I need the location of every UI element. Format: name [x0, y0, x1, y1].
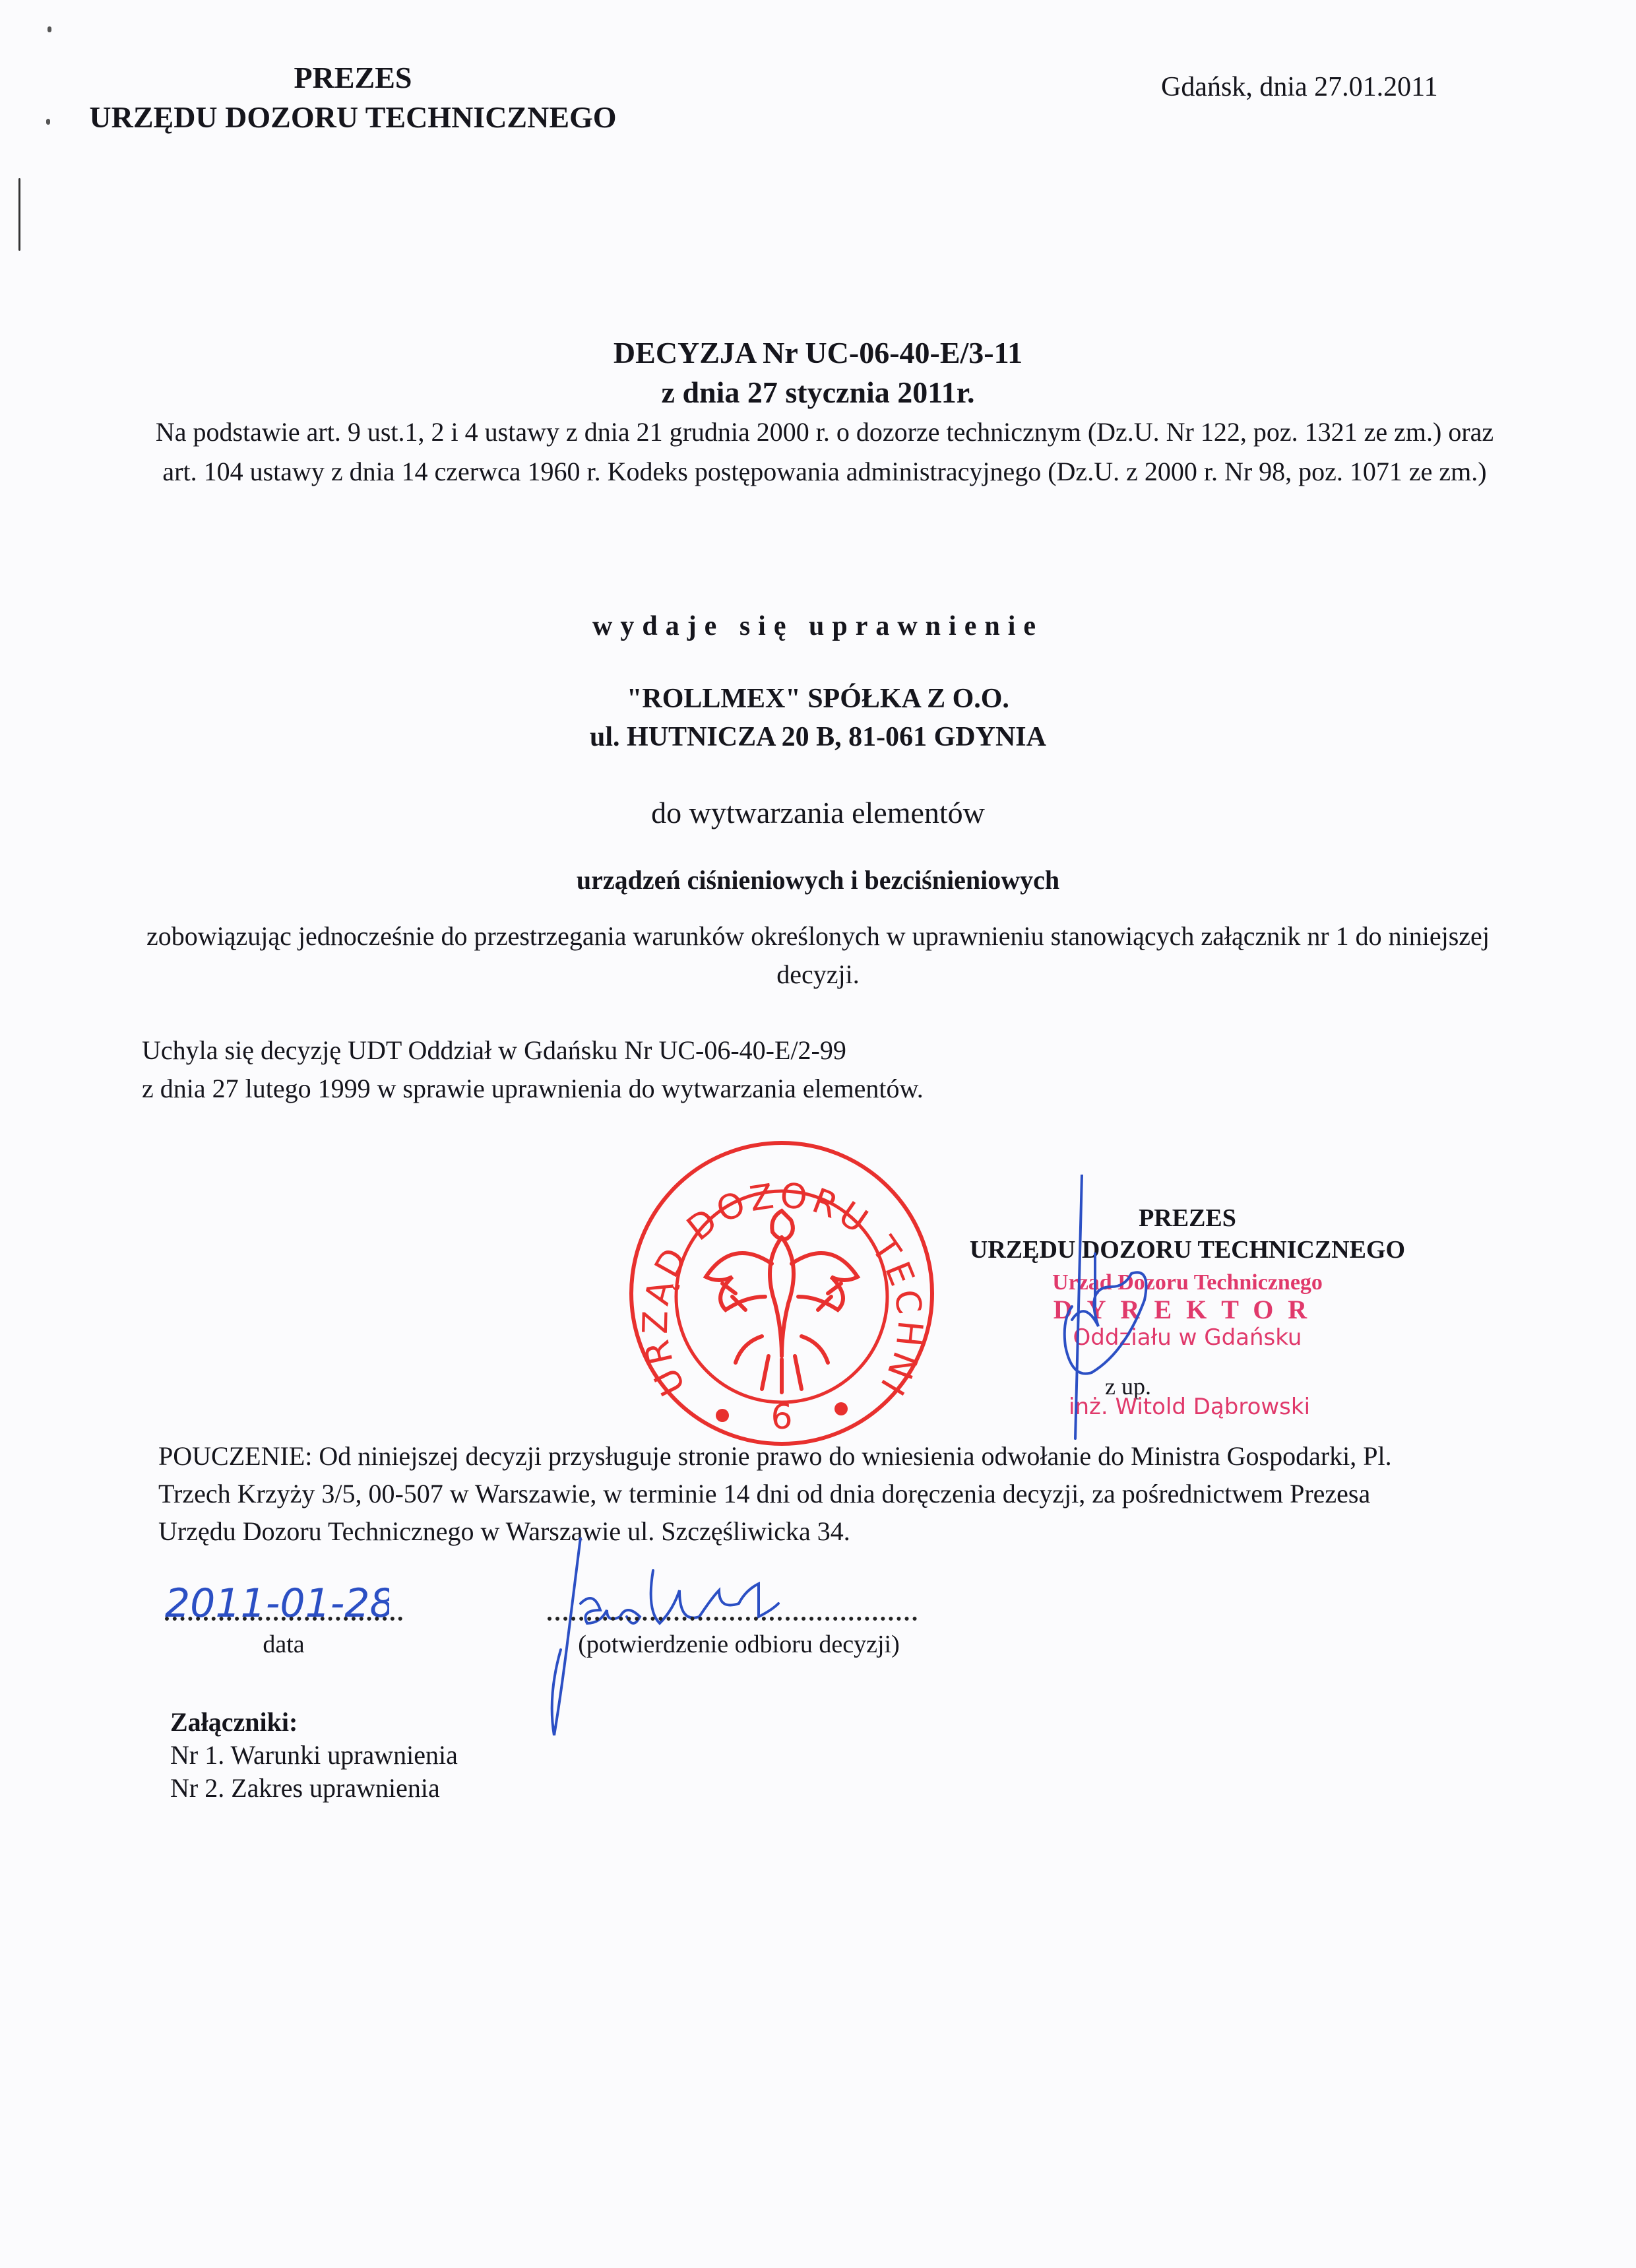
grant-statement: wydaje się uprawnienie: [0, 610, 1636, 642]
issuer-line1: PREZES: [66, 58, 640, 98]
company-address: ul. HUTNICZA 20 B, 81-061 GDYNIA: [0, 718, 1636, 756]
director-signature-icon: [1055, 1175, 1227, 1452]
purpose: do wytwarzania elementów: [0, 795, 1636, 830]
revocation-line1: Uchyla się decyzję UDT Oddział w Gdańsku…: [142, 1031, 1329, 1070]
round-seal-icon: URZĄD DOZORU TECHNICZNEGO 6: [627, 1138, 937, 1448]
decision-number: DECYZJA Nr UC-06-40-E/3-11: [0, 335, 1636, 370]
place-date: Gdańsk, dnia 27.01.2011: [1161, 71, 1438, 103]
obligation: zobowiązując jednocześnie do przestrzega…: [119, 917, 1517, 994]
legal-basis: Na podstawie art. 9 ust.1, 2 i 4 ustawy …: [145, 412, 1504, 492]
punch-mark: [46, 119, 50, 125]
receipt-signature-label: (potwierdzenie odbioru decyzji): [554, 1630, 924, 1659]
company-name: "ROLLMEX" SPÓŁKA Z O.O.: [0, 680, 1636, 718]
signature-dotted-line: [548, 1617, 917, 1621]
seal-text: URZĄD DOZORU TECHNICZNEGO: [627, 1138, 929, 1405]
scope: urządzeń ciśnieniowych i bezciśnieniowyc…: [0, 864, 1636, 895]
attachments: Załączniki: Nr 1. Warunki uprawnienia Nr…: [170, 1706, 458, 1805]
issuer-line2: URZĘDU DOZORU TECHNICZNEGO: [66, 98, 640, 137]
appeal-instruction: POUCZENIE: Od niniejszej decyzji przysłu…: [158, 1437, 1445, 1550]
handwritten-date: 2011-01-28: [165, 1571, 389, 1630]
date-dotted-line: [165, 1617, 402, 1621]
date-label: data: [165, 1630, 402, 1659]
margin-line: [18, 178, 20, 251]
company-block: "ROLLMEX" SPÓŁKA Z O.O. ul. HUTNICZA 20 …: [0, 680, 1636, 756]
document-page: { "header": { "issuer_line1": "PREZES", …: [0, 0, 1636, 2268]
eagle-icon: [706, 1211, 858, 1392]
attachment-item: Nr 2. Zakres uprawnienia: [170, 1772, 458, 1805]
revocation-line2: z dnia 27 lutego 1999 w sprawie uprawnie…: [142, 1070, 1329, 1108]
attachment-item: Nr 1. Warunki uprawnienia: [170, 1739, 458, 1772]
punch-mark: [47, 26, 51, 32]
decision-date: z dnia 27 stycznia 2011r.: [0, 375, 1636, 410]
seal-number: 6: [771, 1398, 792, 1437]
revocation: Uchyla się decyzję UDT Oddział w Gdańsku…: [142, 1031, 1329, 1108]
issuer-header: PREZES URZĘDU DOZORU TECHNICZNEGO: [66, 58, 640, 137]
svg-text:URZĄD DOZORU TECHNICZNEGO: URZĄD DOZORU TECHNICZNEGO: [627, 1138, 929, 1405]
attachments-heading: Załączniki:: [170, 1706, 458, 1739]
